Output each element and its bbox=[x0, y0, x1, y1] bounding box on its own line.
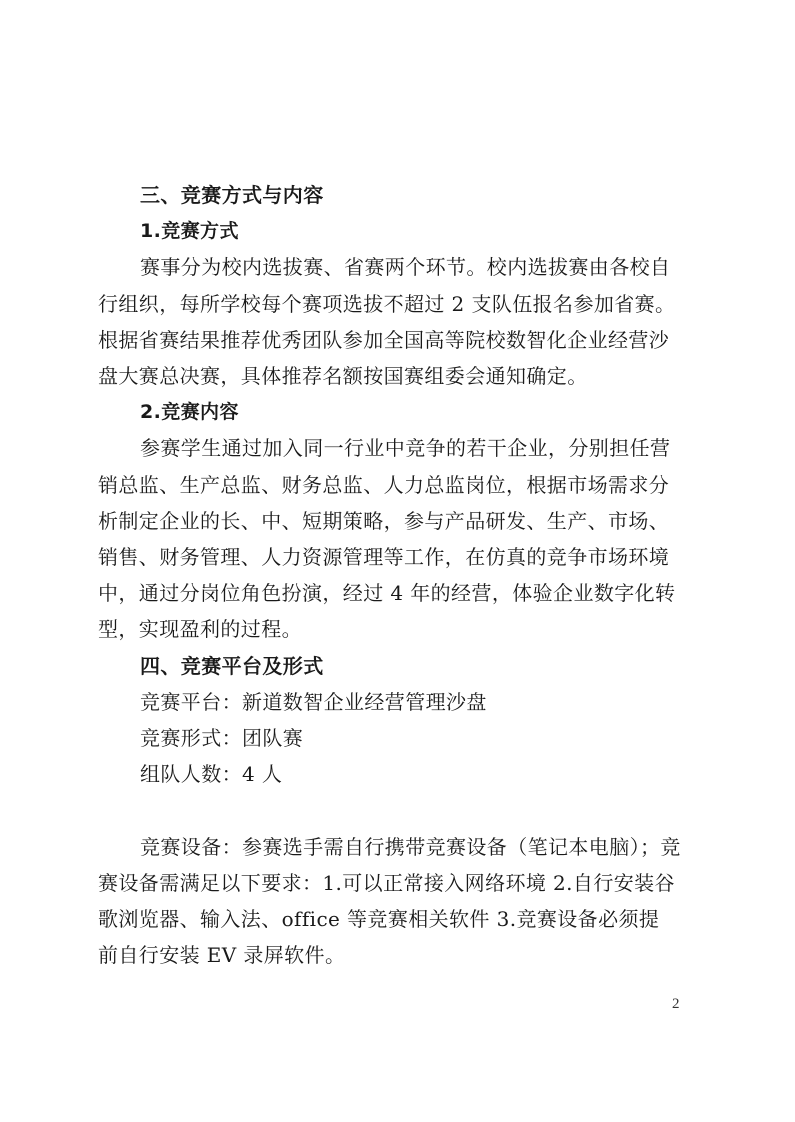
equipment-line: 前自行安装 EV 录屏软件。 bbox=[98, 937, 345, 973]
format-line: 竞赛形式：团队赛 bbox=[140, 720, 303, 756]
paragraph-line: 析制定企业的长、中、短期策略，参与产品研发、生产、市场、 bbox=[98, 503, 669, 539]
subsection-2-heading: 2.竞赛内容 bbox=[140, 394, 239, 430]
paragraph-line: 销总监、生产总监、财务总监、人力总监岗位，根据市场需求分 bbox=[98, 467, 669, 503]
document-page: 三、竞赛方式与内容 1.竞赛方式 赛事分为校内选拔赛、省赛两个环节。校内选拔赛由… bbox=[0, 0, 795, 1122]
team-size-line: 组队人数：4 人 bbox=[140, 756, 282, 792]
paragraph-line: 型，实现盈利的过程。 bbox=[98, 611, 302, 647]
paragraph-line: 销售、财务管理、人力资源管理等工作，在仿真的竞争市场环境 bbox=[98, 539, 669, 575]
platform-line: 竞赛平台：新道数智企业经营管理沙盘 bbox=[140, 684, 487, 720]
section-4-heading: 四、竞赛平台及形式 bbox=[140, 648, 324, 684]
section-3-heading: 三、竞赛方式与内容 bbox=[140, 177, 324, 213]
page-number: 2 bbox=[672, 996, 680, 1013]
equipment-line: 竞赛设备：参赛选手需自行携带竞赛设备（笔记本电脑）；竞 bbox=[140, 829, 681, 865]
paragraph-line: 参赛学生通过加入同一行业中竞争的若干企业，分别担任营 bbox=[140, 430, 670, 466]
subsection-1-heading: 1.竞赛方式 bbox=[140, 213, 239, 249]
paragraph-line: 根据省赛结果推荐优秀团队参加全国高等院校数智化企业经营沙 bbox=[98, 322, 669, 358]
equipment-line: 赛设备需满足以下要求：1.可以正常接入网络环境 2.自行安装谷 bbox=[98, 865, 675, 901]
paragraph-line: 行组织，每所学校每个赛项选拔不超过 2 支队伍报名参加省赛。 bbox=[98, 286, 675, 322]
paragraph-line: 中，通过分岗位角色扮演，经过 4 年的经营，体验企业数字化转 bbox=[98, 575, 675, 611]
paragraph-line: 赛事分为校内选拔赛、省赛两个环节。校内选拔赛由各校自 bbox=[140, 249, 670, 285]
equipment-line: 歌浏览器、输入法、office 等竞赛相关软件 3.竞赛设备必须提 bbox=[98, 901, 659, 937]
paragraph-line: 盘大赛总决赛，具体推荐名额按国赛组委会通知确定。 bbox=[98, 358, 588, 394]
